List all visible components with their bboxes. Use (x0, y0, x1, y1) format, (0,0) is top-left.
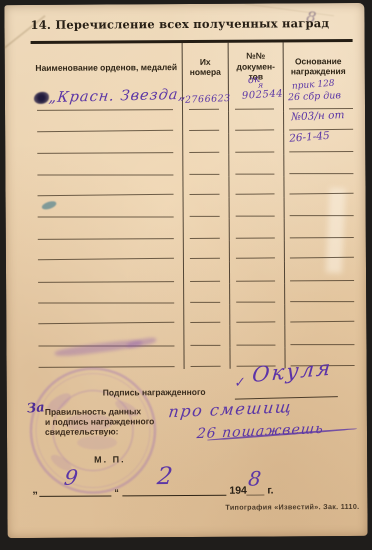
table-row (32, 218, 354, 241)
document-page: 8 14. Перечисление всех полученных награ… (4, 3, 367, 538)
seal-placeholder: М. П. (94, 454, 126, 464)
cert-line3: свидетельствую: (45, 426, 180, 437)
date-open-quote: „ (32, 484, 38, 496)
signature-label: Подпись награжденного (103, 387, 206, 398)
table-row (32, 304, 354, 327)
entry-award-name: „Красн. Звезда„ (48, 87, 188, 106)
entry-basis-line3: №03/н от (291, 109, 345, 123)
paper-crease (245, 3, 334, 16)
cert-hand-prefix: За (26, 400, 45, 416)
cert-hand-line1: про смешищ (167, 397, 293, 421)
date-close-quote: “ (114, 487, 119, 497)
date-year-suffix: г. (267, 484, 273, 496)
date-month-line (122, 484, 226, 497)
signature-checkmark: ✓ (233, 375, 246, 391)
header-award-number: Их номера (183, 43, 229, 91)
entry-basis-line2: 26 сбр див (288, 90, 341, 103)
section-title: 14. Перечисление всех полученных наград (30, 16, 329, 32)
table-row (32, 240, 354, 263)
printer-imprint: Типография «Известий». Зак. 1110. (225, 502, 359, 512)
date-year-prefix: 194 (229, 485, 247, 497)
table-row (31, 154, 353, 177)
table-row (32, 197, 354, 220)
entry-award-number: 2766623 (185, 93, 231, 106)
entry-doc-number-mark: я (258, 81, 263, 90)
date-month: 2 (156, 462, 174, 490)
table-row (31, 176, 353, 199)
date-year-line (246, 484, 264, 496)
header-award-name: Наименование орденов, медалей (31, 43, 183, 92)
table-row (32, 261, 354, 284)
table-row (32, 282, 354, 305)
certification-text: Правильность данных и подпись награжденн… (45, 406, 180, 437)
photographed-award-document: { "title": { "full": "14. Перечисление в… (0, 0, 372, 550)
